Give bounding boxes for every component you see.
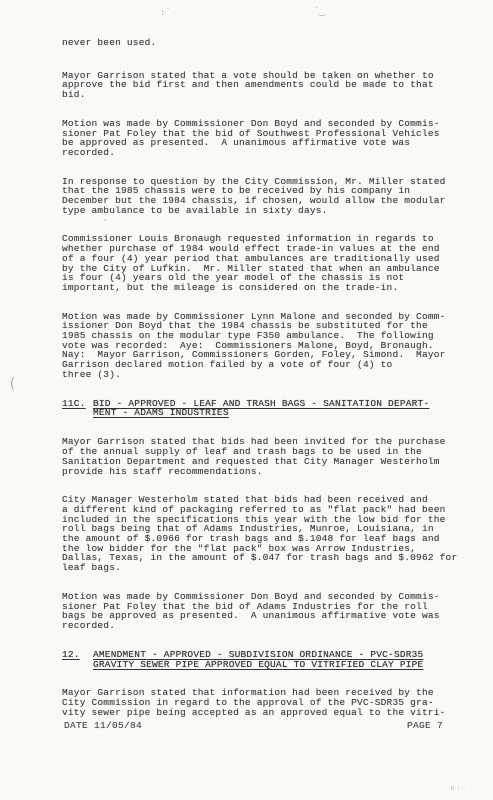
section-heading: 11C.BID - APPROVED - LEAF AND TRASH BAGS… bbox=[62, 399, 474, 419]
scan-speck-top-left: :˙ bbox=[160, 8, 171, 18]
paragraph: Motion was made by Commissioner Don Boyd… bbox=[62, 592, 474, 631]
paragraph: Mayor Garrison stated that a vote should… bbox=[62, 71, 474, 100]
footer-page-number: PAGE 7 bbox=[407, 720, 443, 731]
scan-margin-paren: ( bbox=[8, 376, 16, 392]
scan-corner-mark: R·:·ˉ bbox=[451, 786, 466, 792]
paragraph: Mayor Garrison stated that information h… bbox=[62, 688, 474, 717]
section-heading: 12.AMENDMENT - APPROVED - SUBDIVISION OR… bbox=[62, 650, 474, 670]
paragraph: never been used. bbox=[62, 38, 474, 48]
paragraph: City Manager Westerholm stated that bids… bbox=[62, 495, 474, 573]
document-body: never been used.Mayor Garrison stated th… bbox=[62, 38, 474, 737]
paragraph: Mayor Garrison stated that bids had been… bbox=[62, 437, 474, 476]
footer-date: DATE 11/05/84 bbox=[64, 720, 142, 731]
section-heading-number: 11C. bbox=[62, 399, 93, 419]
section-heading-text: AMENDMENT - APPROVED - SUBDIVISION ORDIN… bbox=[93, 650, 423, 670]
scan-stray-dot: · bbox=[102, 215, 108, 226]
scan-speck-top-right: ˙‿ bbox=[314, 7, 325, 17]
paragraph: In response to question by the City Comm… bbox=[62, 177, 474, 216]
section-heading-text: BID - APPROVED - LEAF AND TRASH BAGS - S… bbox=[93, 399, 429, 419]
scanned-minutes-page: never been used.Mayor Garrison stated th… bbox=[0, 0, 493, 800]
paragraph: Motion was made by Commissioner Lynn Mal… bbox=[62, 312, 474, 380]
section-heading-number: 12. bbox=[62, 650, 93, 670]
paragraph: Motion was made by Commissioner Don Boyd… bbox=[62, 119, 474, 158]
paragraph: Commissioner Louis Bronaugh requested in… bbox=[62, 234, 474, 292]
